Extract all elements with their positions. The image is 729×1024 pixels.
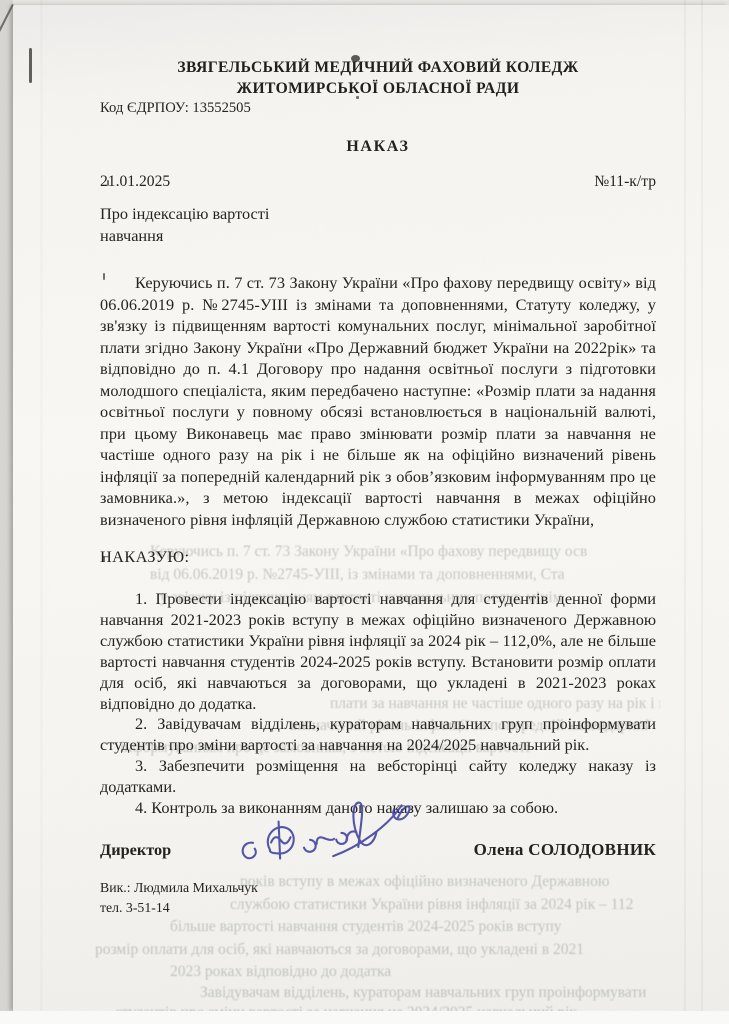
paper-crease [684, 0, 686, 1024]
order-subject-line2: навчання [100, 225, 656, 247]
scan-streak [40, 0, 43, 1024]
order-items: 1. Провести індексацію вартості навчання… [100, 589, 656, 819]
order-number: №11-к/тр [594, 173, 656, 191]
order-item-1: 1. Провести індексацію вартості навчання… [100, 589, 656, 714]
decree-word: НАКАЗУЮ: [100, 547, 656, 567]
document-title: НАКАЗ [100, 138, 656, 156]
signature-row: Директор Олена СОЛОДОВНИК [100, 840, 656, 860]
order-preamble: Керуючись п. 7 ст. 73 Закону України «Пр… [100, 272, 656, 531]
order-item-2: 2. Завідувачам відділень, кураторам навч… [100, 714, 656, 756]
organization-name-line1: ЗВЯГЕЛЬСЬКИЙ МЕДИЧНИЙ ФАХОВИЙ КОЛЕДЖ [100, 57, 656, 78]
order-subject-line1: Про індексацію вартості [100, 203, 656, 225]
paper-crease [701, 0, 703, 1024]
scan-bottom-band [0, 1011, 729, 1024]
signer-name: Олена СОЛОДОВНИК [474, 840, 656, 860]
signer-role: Директор [100, 840, 171, 860]
executor-name: Вик.: Людмила Михальчук [100, 878, 656, 898]
organization-name: ЗВЯГЕЛЬСЬКИЙ МЕДИЧНИЙ ФАХОВИЙ КОЛЕДЖ ЖИТ… [100, 57, 656, 99]
order-subject: Про індексацію вартості навчання [100, 203, 656, 247]
executor-block: Вик.: Людмила Михальчук тел. 3-51-14 [100, 878, 656, 918]
scanned-order-document: Керуючись п. 7 ст. 73 Закону України «Пр… [0, 0, 729, 1024]
organization-name-line2: ЖИТОМИРСЬКОЇ ОБЛАСНОЇ РАДИ [100, 78, 656, 99]
page-corner-edge [0, 4, 14, 60]
order-item-3: 3. Забезпечити розміщення на вебсторінці… [100, 756, 656, 798]
order-meta-row: 21.01.2025 №11-к/тр [100, 173, 656, 191]
order-date: 21.01.2025 [100, 173, 170, 191]
pen-mark [29, 48, 32, 83]
executor-phone: тел. 3-51-14 [100, 898, 656, 918]
edrpou-code: Код ЄДРПОУ: 13552505 [100, 100, 656, 117]
